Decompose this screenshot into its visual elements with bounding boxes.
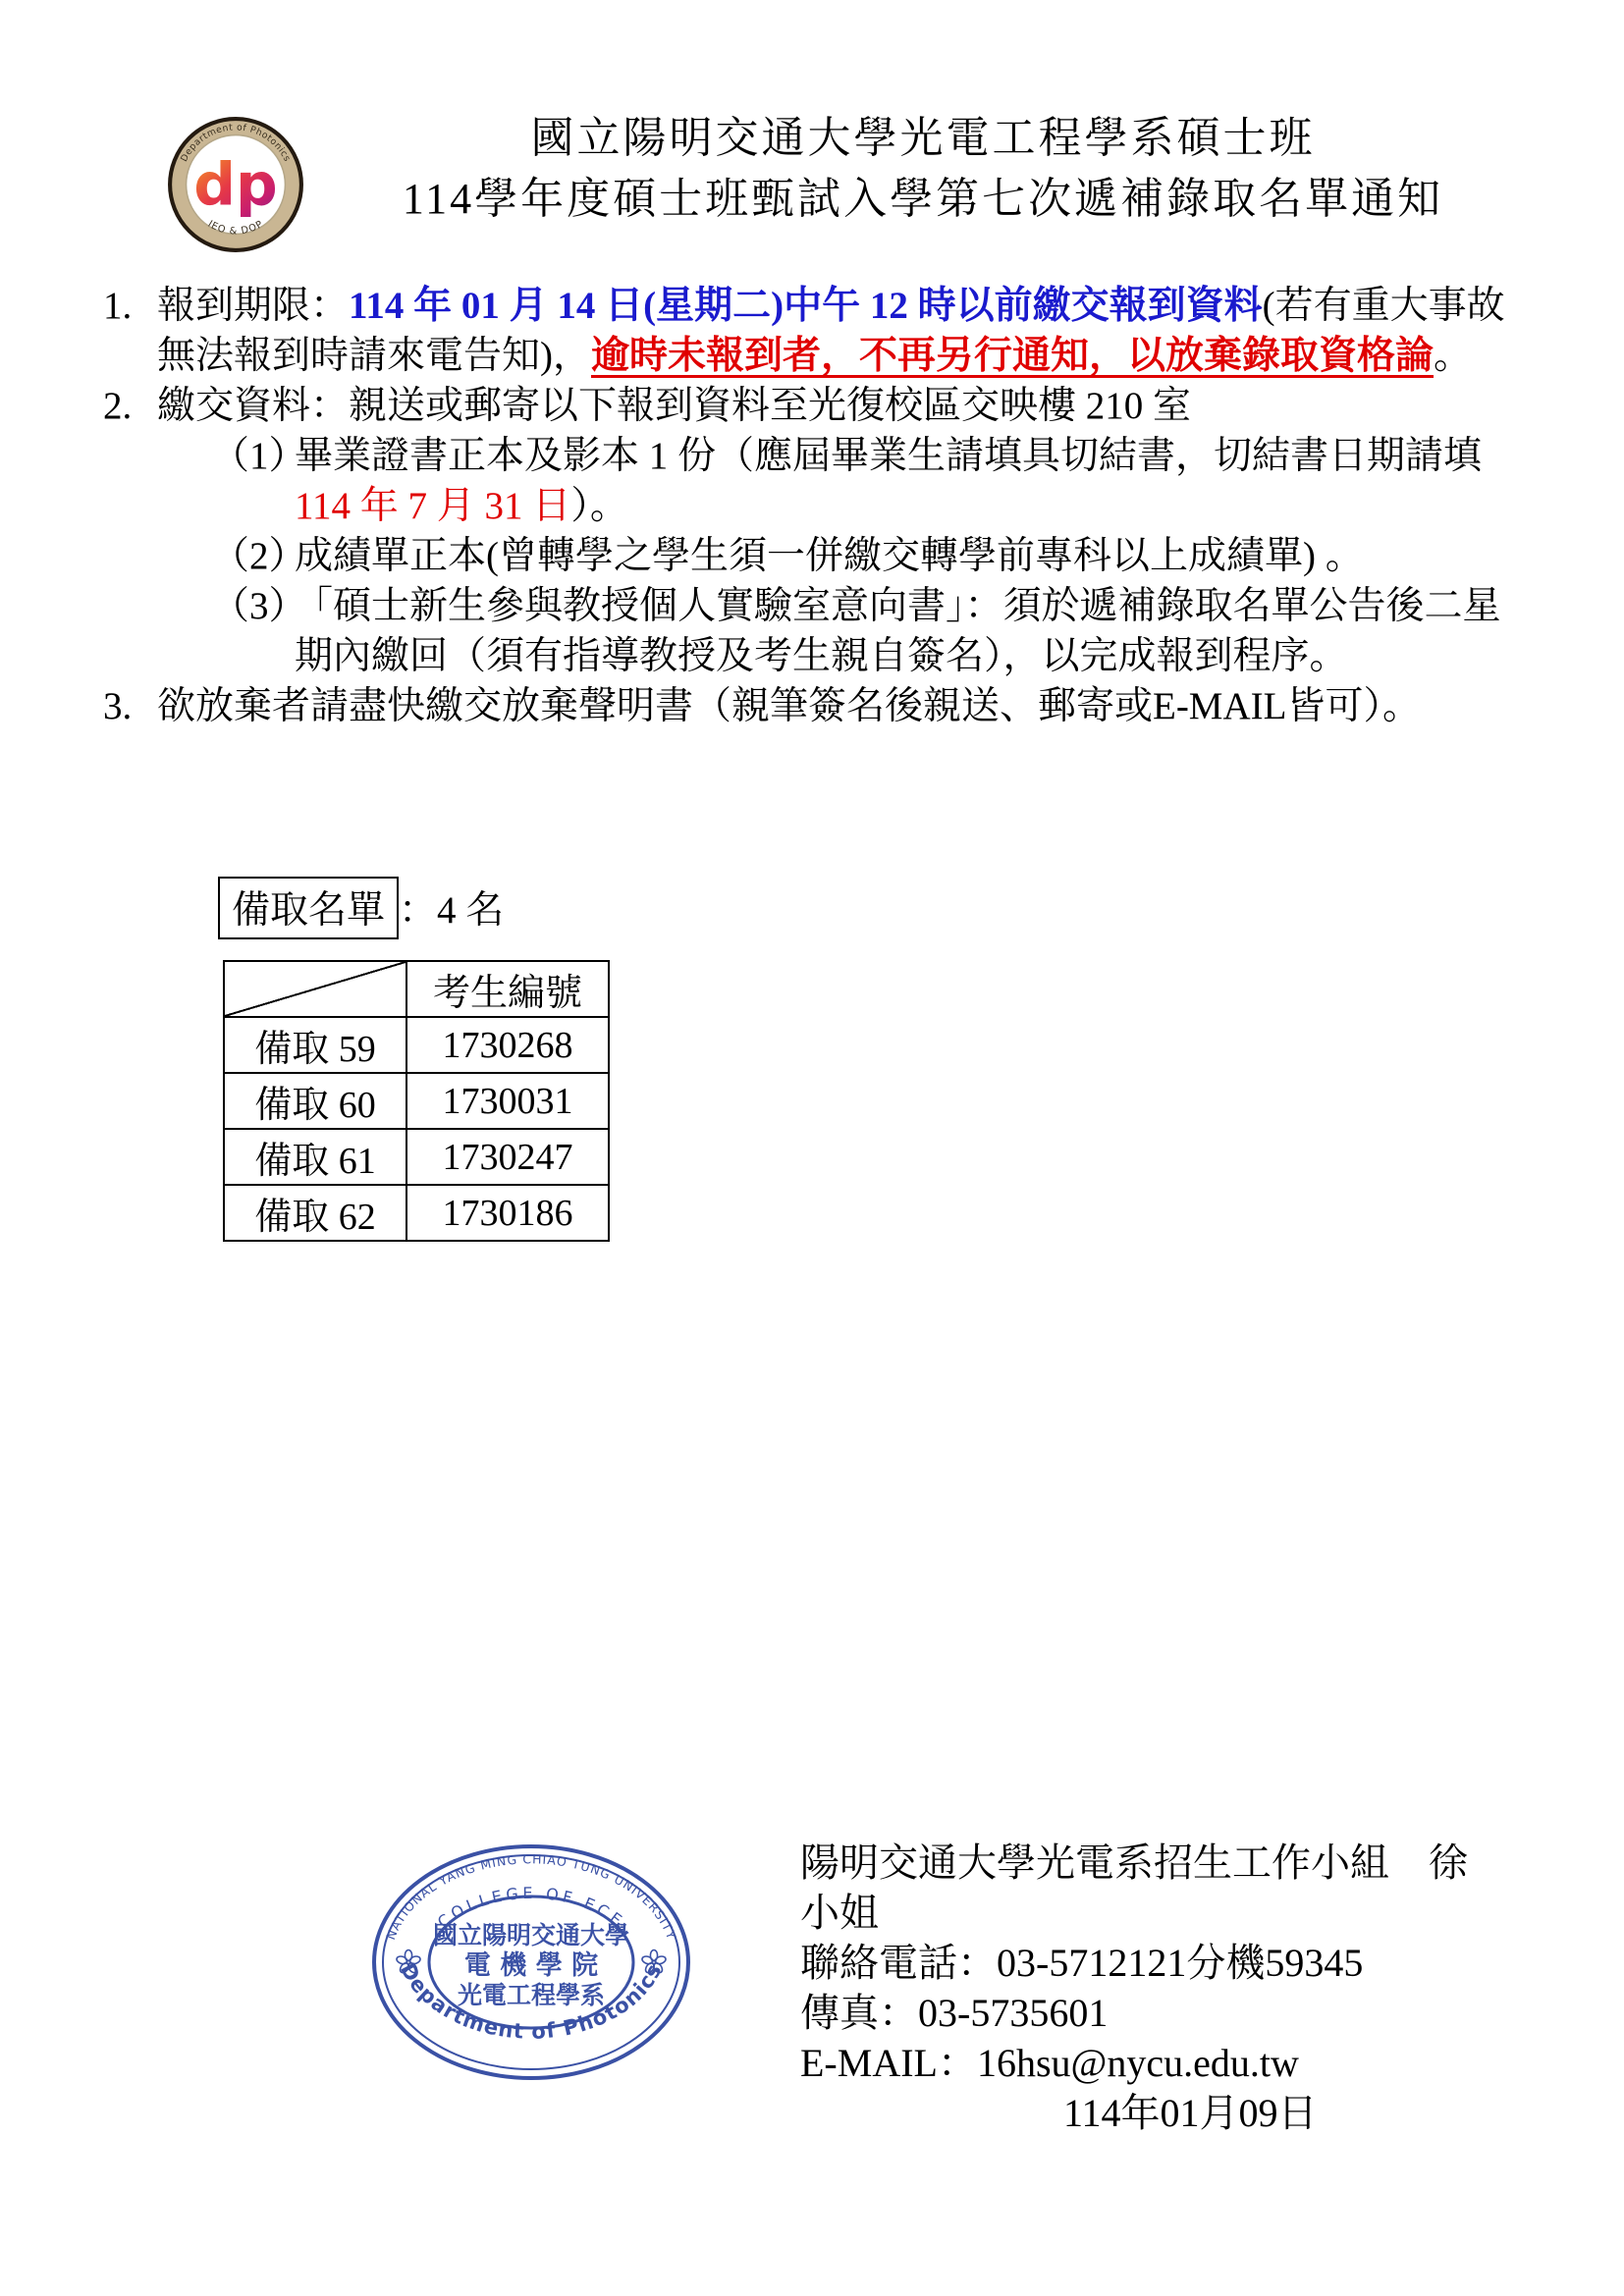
item-1-deadline-highlight: 114 年 01 月 14 日(星期二)中午 12 時以前繳交報到資料: [349, 285, 1263, 327]
item-1-number: 1.: [103, 281, 157, 331]
department-logo-icon: Department of Photonics IEO & DOP dp: [167, 116, 304, 253]
table-row: 備取 60 1730031: [224, 1073, 609, 1129]
id-cell: 1730247: [406, 1129, 609, 1185]
waitlist-table: 考生編號 備取 59 1730268 備取 60 1730031 備取 61 1…: [223, 960, 610, 1242]
title-line1: 國立陽明交通大學光電工程學系碩士班: [295, 108, 1551, 169]
notice-item-2-sub-2: （2） 成績單正本(曾轉學之學生須一併繳交轉學前專科以上成績單) 。: [103, 531, 1509, 581]
table-header-diagonal-cell: [224, 961, 406, 1017]
contact-block: 陽明交通大學光電系招生工作小組 徐小姐 聯絡電話：03-5712121分機593…: [800, 1838, 1468, 2138]
item-2-text: 繳交資料：親送或郵寄以下報到資料至光復校區交映樓 210 室: [157, 385, 1191, 427]
notice-document: Department of Photonics IEO & DOP dp 國立陽…: [0, 0, 1624, 2296]
item-2-sub-2-number: （2）: [211, 531, 299, 581]
contact-email-line: E-MAIL：16hsu@nycu.edu.tw: [800, 2038, 1468, 2088]
notice-item-1: 1. 報到期限：114 年 01 月 14 日(星期二)中午 12 時以前繳交報…: [103, 281, 1509, 381]
notice-item-2: 2. 繳交資料：親送或郵寄以下報到資料至光復校區交映樓 210 室: [103, 381, 1509, 431]
id-cell: 1730031: [406, 1073, 609, 1129]
item-1-warning-highlight: 逾時未報到者，不再另行通知，以放棄錄取資格論: [591, 335, 1434, 377]
contact-phone-line: 聯絡電話：03-5712121分機59345: [800, 1938, 1468, 1988]
contact-team-line: 陽明交通大學光電系招生工作小組 徐小姐: [800, 1838, 1468, 1938]
notice-item-3: 3. 欲放棄者請盡快繳交放棄聲明書（親筆簽名後親送、郵寄或E-MAIL皆可）。: [103, 681, 1509, 731]
table-row: 備取 59 1730268: [224, 1017, 609, 1073]
item-1-text-end: 。: [1434, 335, 1472, 377]
waitlist-section-label: 備取名單：4 名: [218, 877, 504, 939]
item-2-number: 2.: [103, 381, 157, 431]
table-header-candidate-id: 考生編號: [406, 961, 609, 1017]
document-date: 114年01月09日: [800, 2088, 1468, 2138]
stamp-center-line1: 國立陽明交通大學: [433, 1921, 629, 1949]
department-stamp: NATIONAL YANG MING CHIAO TUNG UNIVERSITY…: [369, 1840, 693, 2085]
rank-cell: 備取 61: [224, 1129, 406, 1185]
item-3-text: 欲放棄者請盡快繳交放棄聲明書（親筆簽名後親送、郵寄或E-MAIL皆可）。: [157, 685, 1421, 727]
item-2-sub-1-number: （1）: [211, 431, 299, 481]
department-stamp-icon: NATIONAL YANG MING CHIAO TUNG UNIVERSITY…: [369, 1840, 693, 2085]
logo-monogram: dp: [193, 152, 277, 220]
id-cell: 1730268: [406, 1017, 609, 1073]
item-2-sub-3-text: 「碩士新生參與教授個人實驗室意向書」：須於遞補錄取名單公告後二星期內繳回（須有指…: [295, 585, 1501, 677]
contact-fax-line: 傳真：03-5735601: [800, 1988, 1468, 2038]
item-2-sub-1-text: 畢業證書正本及影本 1 份（應屆畢業生請填具切結書，切結書日期請填: [295, 435, 1482, 477]
rank-cell: 備取 62: [224, 1185, 406, 1241]
stamp-center-line2: 電 機 學 院: [464, 1950, 598, 1981]
table-row: 備取 61 1730247: [224, 1129, 609, 1185]
stamp-center-line3: 光電工程學系: [458, 1981, 605, 2009]
table-row: 備取 62 1730186: [224, 1185, 609, 1241]
table-header-row: 考生編號: [224, 961, 609, 1017]
title-line2: 114學年度碩士班甄試入學第七次遞補錄取名單通知: [295, 169, 1551, 230]
notice-item-2-sub-1: （1） 畢業證書正本及影本 1 份（應屆畢業生請填具切結書，切結書日期請填 11…: [103, 431, 1509, 531]
department-logo: Department of Photonics IEO & DOP dp: [167, 116, 304, 253]
waitlist-label-boxed: 備取名單: [218, 877, 399, 939]
rank-cell: 備取 59: [224, 1017, 406, 1073]
item-3-number: 3.: [103, 681, 157, 731]
item-1-text: 報到期限：: [157, 285, 349, 327]
document-title: 國立陽明交通大學光電工程學系碩士班 114學年度碩士班甄試入學第七次遞補錄取名單…: [295, 108, 1551, 230]
id-cell: 1730186: [406, 1185, 609, 1241]
waitlist-count: ：4 名: [399, 889, 504, 932]
item-2-sub-1-text-end: ）。: [570, 485, 628, 527]
notice-item-2-sub-3: （3） 「碩士新生參與教授個人實驗室意向書」：須於遞補錄取名單公告後二星期內繳回…: [103, 581, 1509, 681]
notice-body: 1. 報到期限：114 年 01 月 14 日(星期二)中午 12 時以前繳交報…: [103, 281, 1509, 731]
rank-cell: 備取 60: [224, 1073, 406, 1129]
item-2-sub-3-number: （3）: [211, 581, 299, 631]
item-2-sub-1-date-highlight: 114 年 7 月 31 日: [295, 485, 570, 527]
item-2-sub-2-text: 成績單正本(曾轉學之學生須一併繳交轉學前專科以上成績單) 。: [295, 535, 1364, 577]
